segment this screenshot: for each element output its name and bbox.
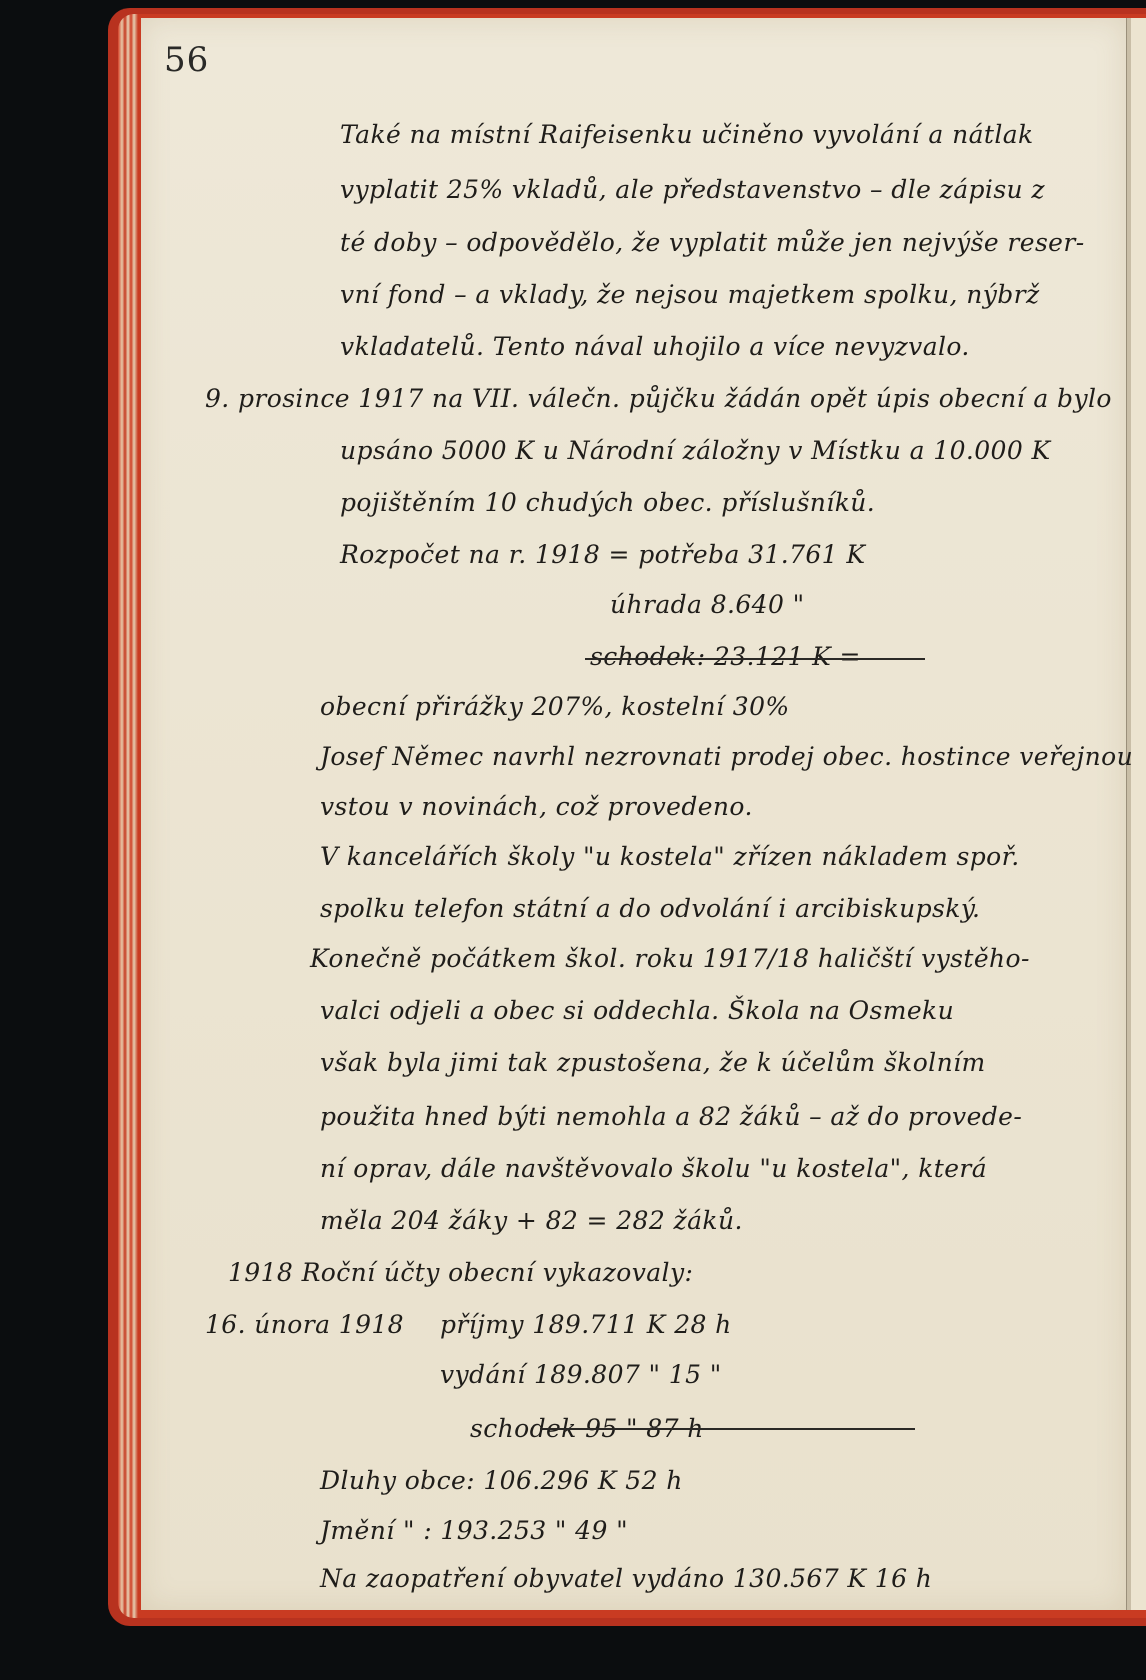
text-line: schodek: 23.121 K = — [590, 642, 861, 671]
text-line: spolku telefon státní a do odvolání i ar… — [320, 894, 980, 923]
text-line: upsáno 5000 K u Národní záložny v Místku… — [340, 436, 1051, 465]
text-line: Jmění " : 193.253 " 49 " — [320, 1516, 628, 1545]
text-line: 9. prosince 1917 na VII. válečn. půjčku … — [205, 384, 1112, 413]
text-line: příjmy 189.711 K 28 h — [440, 1310, 732, 1339]
text-line: Dluhy obce: 106.296 K 52 h — [320, 1466, 683, 1495]
text-line: úhrada 8.640 " — [610, 590, 805, 619]
text-line: té doby – odpovědělo, že vyplatit může j… — [340, 228, 1085, 257]
text-line: vní fond – a vklady, že nejsou majetkem … — [340, 280, 1040, 309]
text-line: vkladatelů. Tento nával uhojilo a více n… — [340, 332, 970, 361]
text-line: Rozpočet na r. 1918 = potřeba 31.761 K — [340, 540, 865, 569]
facing-page-edge — [1131, 18, 1146, 1610]
text-line: Na zaopatření obyvatel vydáno 130.567 K … — [320, 1564, 932, 1593]
text-line: valci odjeli a obec si oddechla. Škola n… — [320, 996, 954, 1025]
text-line: Josef Němec navrhl nezrovnati prodej obe… — [320, 742, 1133, 771]
text-line: Také na místní Raifeisenku učiněno vyvol… — [340, 120, 1034, 149]
text-line: vstou v novinách, což provedeno. — [320, 792, 753, 821]
text-line: V kancelářích školy "u kostela" zřízen n… — [320, 842, 1020, 871]
page-number: 56 — [164, 40, 209, 80]
sum-underline — [585, 658, 925, 660]
sum-underline — [540, 1428, 915, 1430]
text-line: Konečně počátkem škol. roku 1917/18 hali… — [310, 944, 1030, 973]
text-line: ní oprav, dále navštěvovalo školu "u kos… — [320, 1154, 987, 1183]
text-line: použita hned býti nemohla a 82 žáků – až… — [320, 1102, 1022, 1131]
text-line: 1918 Roční účty obecní vykazovaly: — [228, 1258, 693, 1287]
text-line: obecní přirážky 207%, kostelní 30% — [320, 692, 790, 721]
text-line: vyplatit 25% vkladů, ale představenstvo … — [340, 175, 1045, 204]
text-line: vydání 189.807 " 15 " — [440, 1360, 722, 1389]
text-line: 16. února 1918 — [205, 1310, 404, 1339]
text-line: měla 204 žáky + 82 = 282 žáků. — [320, 1206, 743, 1235]
text-line: však byla jimi tak zpustošena, že k účel… — [320, 1048, 986, 1077]
text-line: pojištěním 10 chudých obec. příslušníků. — [340, 488, 875, 517]
